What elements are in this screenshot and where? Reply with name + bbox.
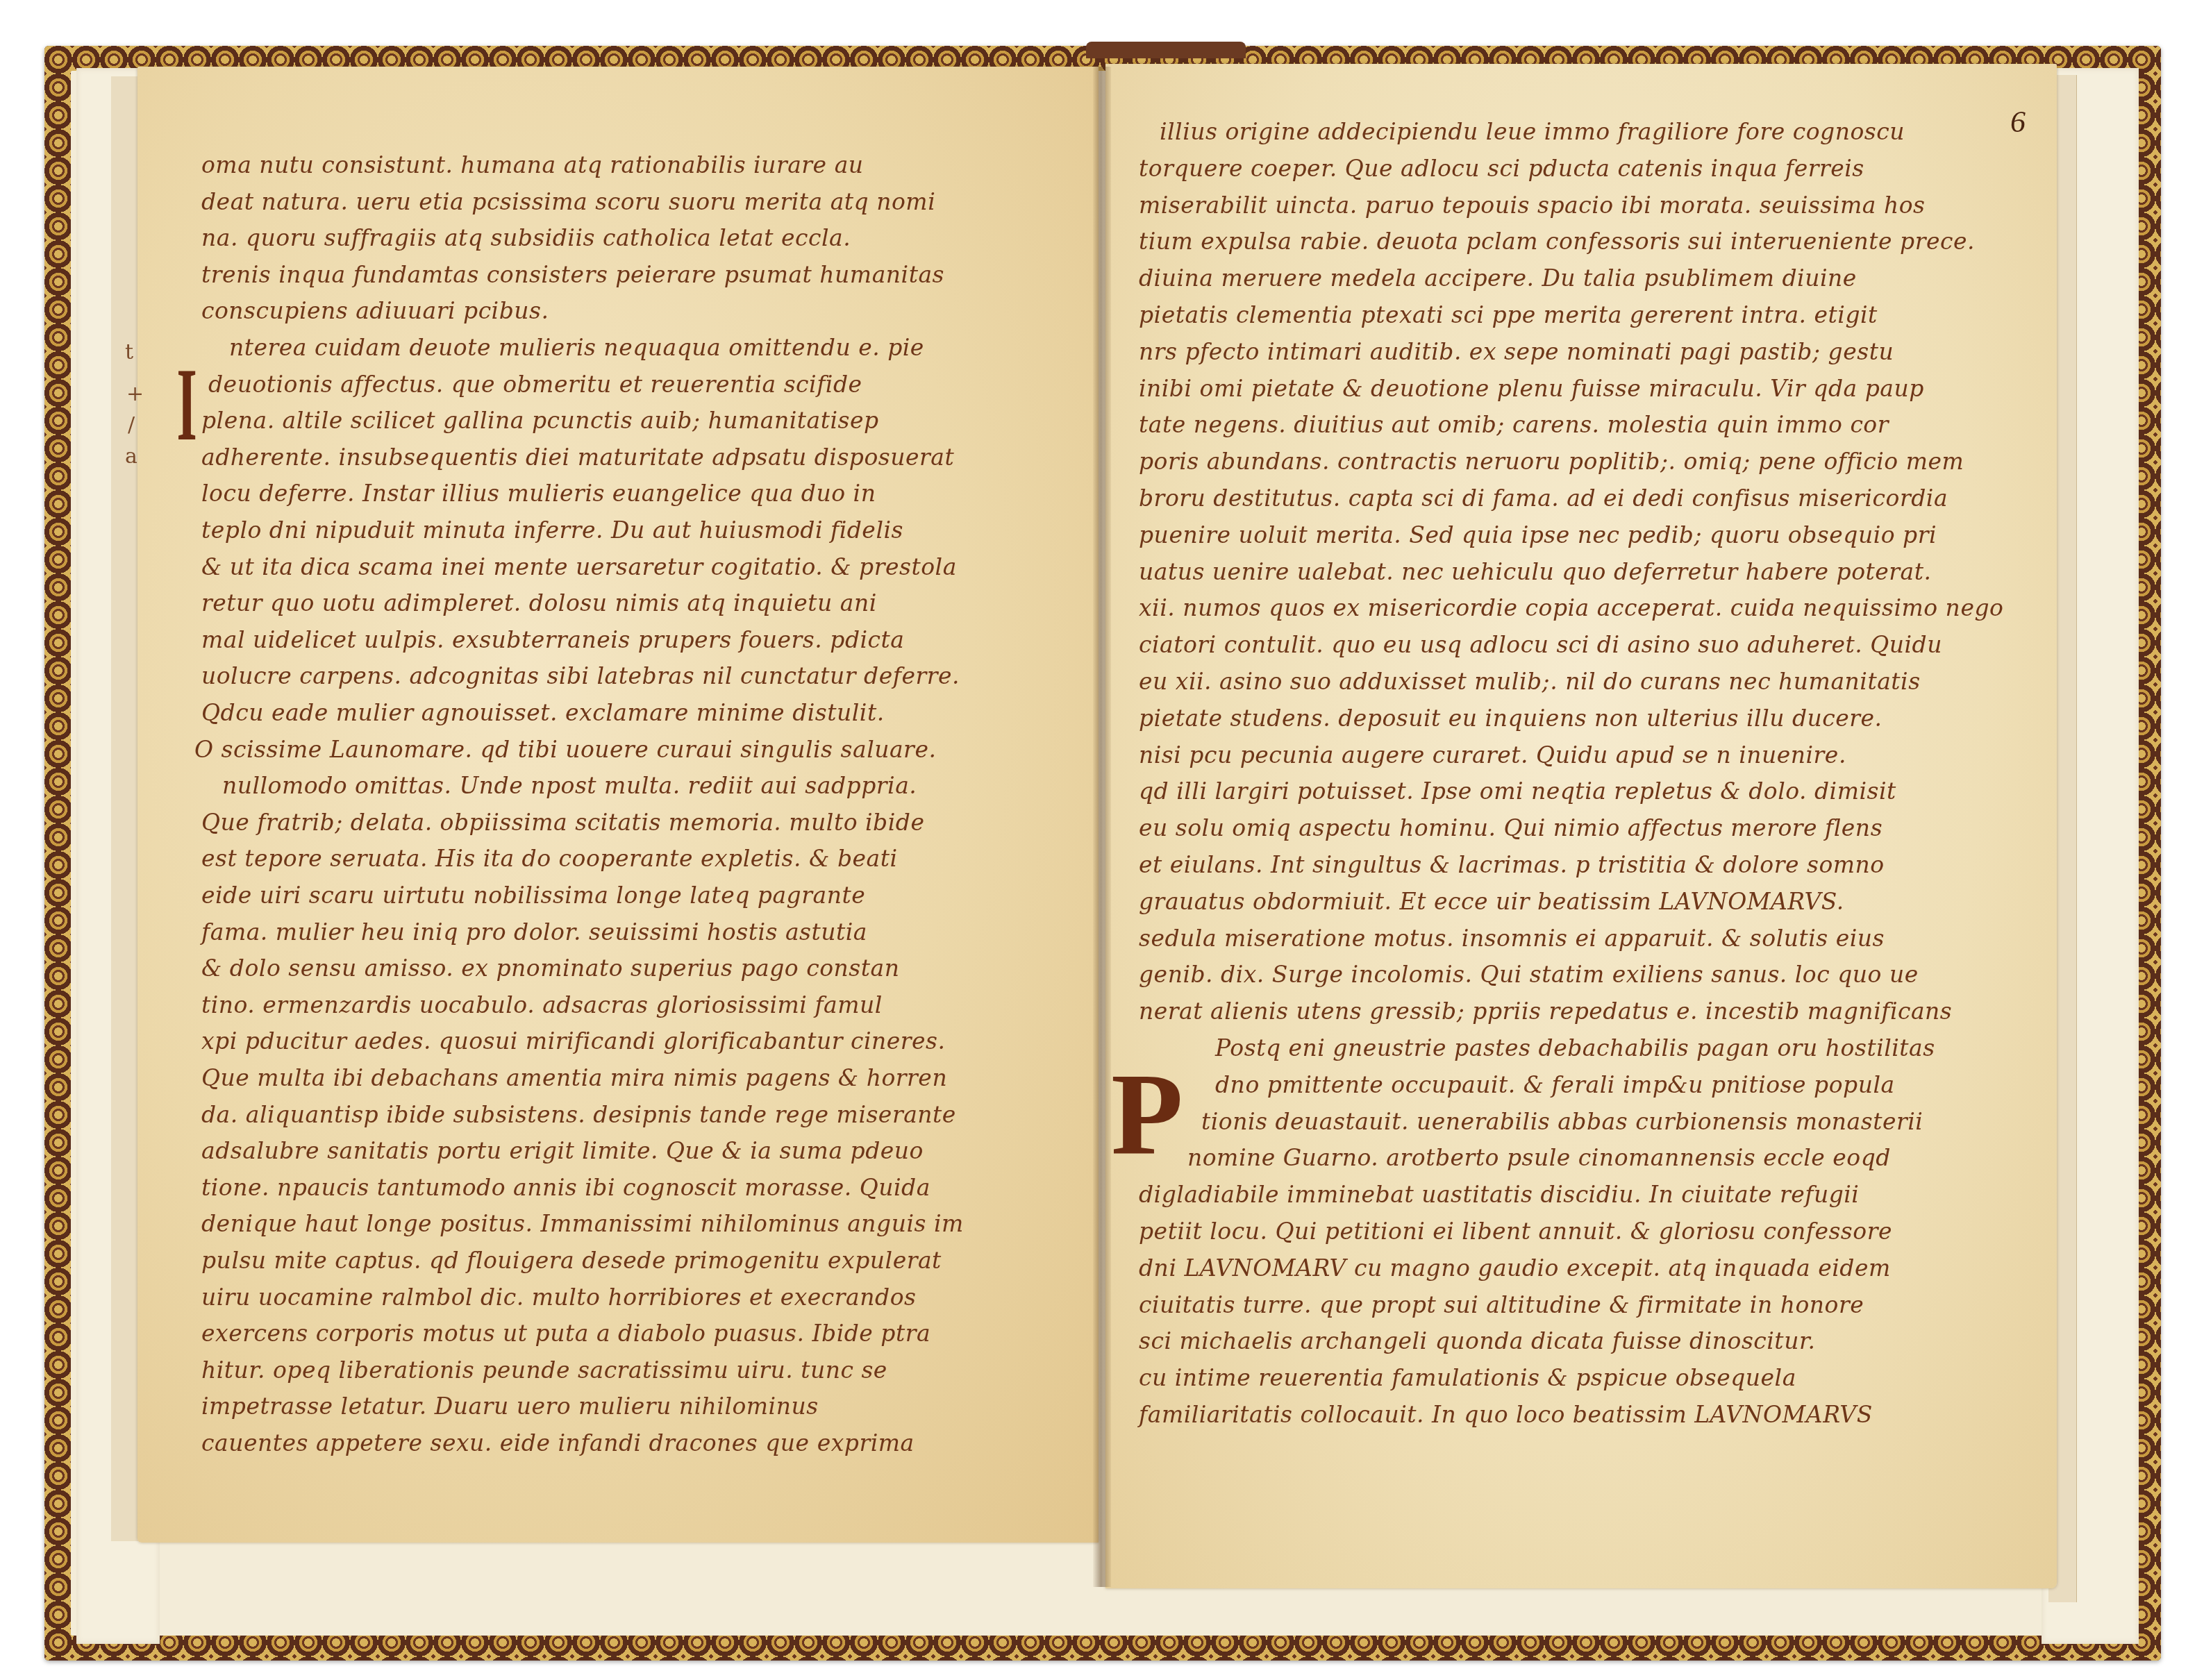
decorated-initial-I: I [177,353,197,457]
manuscript-line: impetrasse letatur. Duaru uero mulieru n… [201,1393,1090,1420]
decorated-initial-P: P [1111,1055,1183,1173]
manuscript-line: hitur. opeq liberationis peunde sacratis… [201,1356,1090,1384]
manuscript-line: xii. numos quos ex misericordie copia ac… [1139,594,2035,621]
manuscript-line: pulsu mite captus. qd flouigera desede p… [201,1247,1090,1274]
marginal-note: t [125,340,133,364]
manuscript-line: deuotionis affectus. que obmeritu et reu… [208,371,1090,398]
manuscript-line: Postq eni gneustrie pastes debachabilis … [1215,1034,2035,1061]
manuscript-line: retur quo uotu adimpleret. dolosu nimis … [201,589,1090,616]
manuscript-line: nterea cuidam deuote mulieris nequaqua o… [229,334,1090,361]
manuscript-line: genib. dix. Surge incolomis. Qui statim … [1139,961,2035,988]
manuscript-line: fama. mulier heu iniq pro dolor. seuissi… [201,918,1090,946]
marginal-note: + [126,382,144,406]
marginal-note: a [125,444,137,469]
manuscript-line: miserabilit uincta. paruo tepouis spacio… [1139,192,2035,219]
manuscript-line: denique haut longe positus. Immanissimi … [201,1210,1090,1237]
manuscript-line: digladiabile imminebat uastitatis discid… [1139,1181,2035,1208]
manuscript-line: nullomodo omittas. Unde npost multa. red… [222,772,1090,799]
manuscript-line: uiru uocamine ralmbol dic. multo horribi… [201,1284,1090,1311]
manuscript-line: sci michaelis archangeli quonda dicata f… [1139,1327,2035,1354]
manuscript-line: eide uiri scaru uirtutu nobilissima long… [201,882,1090,909]
manuscript-line: ciuitatis turre. que propt sui altitudin… [1139,1291,2035,1318]
manuscript-line: eu xii. asino suo adduxisset mulib;. nil… [1139,668,2035,695]
manuscript-line: broru destitutus. capta sci di fama. ad … [1139,485,2035,512]
manuscript-line: plena. altile scilicet gallina pcunctis … [201,407,1090,434]
manuscript-line: eu solu omiq aspectu hominu. Qui nimio a… [1139,814,2035,841]
manuscript-line: adherente. insubsequentis diei maturitat… [201,444,1090,471]
manuscript-line: grauatus obdormiuit. Et ecce uir beatiss… [1139,888,2035,915]
manuscript-line: oma nutu consistunt. humana atq rationab… [201,151,1090,178]
manuscript-line: xpi pducitur aedes. quosui mirificandi g… [201,1027,1090,1055]
manuscript-line: O scissime Launomare. qd tibi uouere cur… [194,736,1090,763]
manuscript-line: na. quoru suffragiis atq subsidiis catho… [201,224,1090,251]
manuscript-line: nrs pfecto intimari auditib. ex sepe nom… [1139,338,2035,365]
manuscript-line: adsalubre sanitatis portu erigit limite.… [201,1137,1090,1164]
manuscript-line: illius origine addecipiendu leue immo fr… [1160,118,2035,145]
manuscript-line: dno pmittente occupauit. & ferali imp&u … [1215,1071,2035,1098]
manuscript-line: et eiulans. Int singultus & lacrimas. p … [1139,851,2035,878]
manuscript-line: petiit locu. Qui petitioni ei libent ann… [1139,1218,2035,1245]
manuscript-line: inibi omi pietate & deuotione plenu fuis… [1139,375,2035,402]
manuscript-line: nerat alienis utens gressib; ppriis repe… [1139,998,2035,1025]
manuscript-line: tionis deuastauit. uenerabilis abbas cur… [1201,1108,2035,1135]
manuscript-line: deat natura. ueru etia pcsissima scoru s… [201,188,1090,215]
manuscript-line: exercens corporis motus ut puta a diabol… [201,1320,1090,1347]
manuscript-line: locu deferre. Instar illius mulieris eua… [201,480,1090,507]
manuscript-line: cauentes appetere sexu. eide infandi dra… [201,1429,1090,1456]
manuscript-line: da. aliquantisp ibide subsistens. desipn… [201,1101,1090,1128]
manuscript-line: teplo dni nipuduit minuta inferre. Du au… [201,516,1090,544]
manuscript-line: nomine Guarno. arotberto psule cinomanne… [1187,1144,2035,1171]
manuscript-line: dni LAVNOMARV cu magno gaudio excepit. a… [1139,1254,2035,1282]
manuscript-line: mal uidelicet uulpis. exsubterraneis pru… [201,626,1090,653]
spine-notch [1086,42,1246,58]
manuscript-line: & dolo sensu amisso. ex pnominato superi… [201,955,1090,982]
manuscript-line: conscupiens adiuuari pcibus. [201,297,1090,324]
manuscript-line: Que multa ibi debachans amentia mira nim… [201,1064,1090,1091]
manuscript-line: & ut ita dica scama inei mente uersaretu… [201,553,1090,580]
manuscript-line: tate negens. diuitius aut omib; carens. … [1139,411,2035,438]
manuscript-line: est tepore seruata. His ita do cooperant… [201,845,1090,872]
manuscript-line: cu intime reuerentia famulationis & pspi… [1139,1364,2035,1391]
marginal-note: / [128,413,135,437]
manuscript-line: pietate studens. deposuit eu inquiens no… [1139,705,2035,732]
manuscript-line: tino. ermenzardis uocabulo. adsacras glo… [201,991,1090,1018]
manuscript-line: uatus uenire ualebat. nec uehiculu quo d… [1139,558,2035,585]
manuscript-line: Qdcu eade mulier agnouisset. exclamare m… [201,699,1090,726]
manuscript-line: tione. npaucis tantumodo annis ibi cogno… [201,1174,1090,1201]
manuscript-line: nisi pcu pecunia augere curaret. Quidu a… [1139,741,2035,768]
manuscript-line: diuina meruere medela accipere. Du talia… [1139,264,2035,292]
book-gutter [1093,67,1111,1587]
manuscript-line: uolucre carpens. adcognitas sibi latebra… [201,662,1090,689]
manuscript-line: ciatori contulit. quo eu usq adlocu sci … [1139,631,2035,658]
manuscript-line: familiaritatis collocauit. In quo loco b… [1139,1401,2035,1428]
manuscript-line: qd illi largiri potuisset. Ipse omi neqt… [1139,778,2035,805]
manuscript-line: pietatis clementia ptexati sci ppe merit… [1139,301,2035,328]
manuscript-line: poris abundans. contractis neruoru popli… [1139,448,2035,475]
manuscript-line: torquere coeper. Que adlocu sci pducta c… [1139,155,2035,182]
manuscript-line: Que fratrib; delata. obpiissima scitatis… [201,809,1090,836]
manuscript-line: puenire uoluit merita. Sed quia ipse nec… [1139,521,2035,548]
manuscript-line: tium expulsa rabie. deuota pclam confess… [1139,228,2035,255]
manuscript-line: sedula miseratione motus. insomnis ei ap… [1139,925,2035,952]
manuscript-line: trenis inqua fundamtas consisters peiera… [201,261,1090,288]
